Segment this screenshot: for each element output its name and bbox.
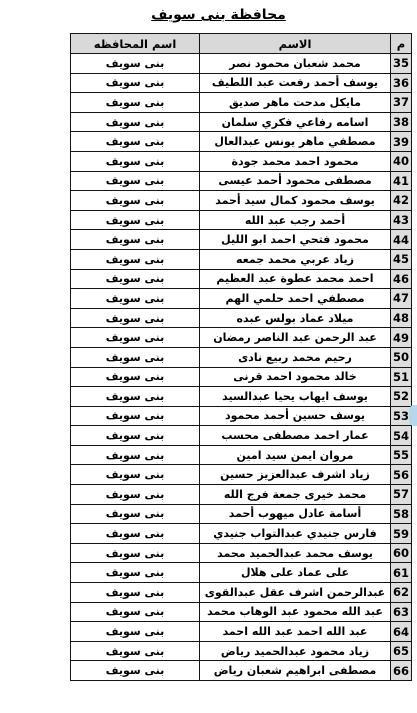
governorate-cell: بنى سويف <box>71 54 200 74</box>
name-cell: ميلاد عماد بولس عبده <box>200 308 391 328</box>
name-cell: عبد الله احمد عبد الله احمد <box>200 622 391 642</box>
governorate-cell: بنى سويف <box>71 73 200 93</box>
governorate-cell: بنى سويف <box>71 367 200 387</box>
governorate-cell: بنى سويف <box>71 93 200 113</box>
governorate-cell: بنى سويف <box>71 563 200 583</box>
table-row: 52يوسف ايهاب يحيا عبدالسيدبنى سويف <box>71 387 412 407</box>
row-number-cell: 63 <box>391 602 412 622</box>
table-row: 65زياد محمود عبدالحميد رياضبنى سويف <box>71 641 412 661</box>
page-title: محافظة بنى سويف <box>0 7 417 23</box>
name-cell: زياد اشرف عبدالعزيز حسين <box>200 465 391 485</box>
table-row: 45زياد عربي محمد جمعهبنى سويف <box>71 249 412 269</box>
row-number-cell: 46 <box>391 269 412 289</box>
governorate-cell: بنى سويف <box>71 289 200 309</box>
name-cell: زياد محمود عبدالحميد رياض <box>200 641 391 661</box>
name-cell: مصطفي احمد حلمي الهم <box>200 289 391 309</box>
name-cell: مصطفى ابراهيم شعبان رياض <box>200 661 391 681</box>
row-number-cell: 41 <box>391 171 412 191</box>
name-cell: أسامة عادل ميهوب أحمد <box>200 504 391 524</box>
row-number-cell: 58 <box>391 504 412 524</box>
name-cell: يوسف أحمد رفعت عبد اللطيف <box>200 73 391 93</box>
table-row: 38اسامه رفاعي فكري سلمانبنى سويف <box>71 112 412 132</box>
governorate-cell: بنى سويف <box>71 445 200 465</box>
name-cell: محمود احمد محمد جودة <box>200 151 391 171</box>
row-number-cell: 50 <box>391 347 412 367</box>
table-row: 46احمد محمد عطوة عبد العظيمبنى سويف <box>71 269 412 289</box>
row-number-cell: 49 <box>391 328 412 348</box>
governorate-cell: بنى سويف <box>71 426 200 446</box>
table-row: 43أحمد رجب عبد اللهبنى سويف <box>71 210 412 230</box>
row-number-cell: 61 <box>391 563 412 583</box>
name-cell: اسامه رفاعي فكري سلمان <box>200 112 391 132</box>
governorate-cell: بنى سويف <box>71 132 200 152</box>
row-number-cell: 51 <box>391 367 412 387</box>
name-cell: مروان ايمن سيد امين <box>200 445 391 465</box>
governorate-cell: بنى سويف <box>71 641 200 661</box>
name-cell: محمد شعبان محمود نصر <box>200 54 391 74</box>
name-cell: على عماد على هلال <box>200 563 391 583</box>
row-number-cell: 60 <box>391 543 412 563</box>
name-cell: أحمد رجب عبد الله <box>200 210 391 230</box>
name-cell: يوسف حسين أحمد محمود <box>200 406 391 426</box>
governorate-cell: بنى سويف <box>71 485 200 505</box>
row-number-cell: 57 <box>391 485 412 505</box>
governorate-cell: بنى سويف <box>71 406 200 426</box>
governorate-cell: بنى سويف <box>71 112 200 132</box>
row-number-cell: 62 <box>391 583 412 603</box>
name-cell: محمود فتحي احمد ابو الليل <box>200 230 391 250</box>
name-cell: عبد الله محمود عبد الوهاب محمد <box>200 602 391 622</box>
governorate-cell: بنى سويف <box>71 504 200 524</box>
row-number-cell: 43 <box>391 210 412 230</box>
table-row: 56زياد اشرف عبدالعزيز حسينبنى سويف <box>71 465 412 485</box>
row-number-cell: 55 <box>391 445 412 465</box>
name-cell: فارس جنيدي عبدالتواب جنيدي <box>200 524 391 544</box>
governorate-cell: بنى سويف <box>71 210 200 230</box>
governorate-cell: بنى سويف <box>71 151 200 171</box>
table-row: 39مصطفي ماهر يونس عبدالعالبنى سويف <box>71 132 412 152</box>
row-number-cell: 54 <box>391 426 412 446</box>
row-number-cell: 56 <box>391 465 412 485</box>
governorate-cell: بنى سويف <box>71 328 200 348</box>
row-number-cell: 37 <box>391 93 412 113</box>
table-row: 59فارس جنيدي عبدالتواب جنيديبنى سويف <box>71 524 412 544</box>
scroll-indicator[interactable] <box>409 405 417 426</box>
name-cell: مايكل مدحت ماهر صديق <box>200 93 391 113</box>
row-number-cell: 64 <box>391 622 412 642</box>
row-number-cell: 47 <box>391 289 412 309</box>
row-number-cell: 40 <box>391 151 412 171</box>
name-cell: مصطفى محمود أحمد عيسى <box>200 171 391 191</box>
table-row: 60يوسف محمد عبدالحميد محمدبنى سويف <box>71 543 412 563</box>
governorate-cell: بنى سويف <box>71 524 200 544</box>
name-cell: عمار احمد مصطفى محسب <box>200 426 391 446</box>
name-cell: عبد الرحمن عبد الناصر رمضان <box>200 328 391 348</box>
table-row: 35محمد شعبان محمود نصربنى سويف <box>71 54 412 74</box>
table-header: م الاسم اسم المحافظه <box>71 34 412 54</box>
row-number-cell: 65 <box>391 641 412 661</box>
table-row: 62عبدالرحمن اشرف عقل عبدالقوىبنى سويف <box>71 583 412 603</box>
governorate-roster-table: م الاسم اسم المحافظه 35محمد شعبان محمود … <box>70 33 412 681</box>
table-row: 64عبد الله احمد عبد الله احمدبنى سويف <box>71 622 412 642</box>
name-cell: رحيم محمد ربيع نادى <box>200 347 391 367</box>
row-number-cell: 38 <box>391 112 412 132</box>
governorate-cell: بنى سويف <box>71 387 200 407</box>
governorate-cell: بنى سويف <box>71 622 200 642</box>
table-row: 61على عماد على هلالبنى سويف <box>71 563 412 583</box>
table-row: 48ميلاد عماد بولس عبدهبنى سويف <box>71 308 412 328</box>
governorate-cell: بنى سويف <box>71 230 200 250</box>
table-row: 49عبد الرحمن عبد الناصر رمضانبنى سويف <box>71 328 412 348</box>
row-number-cell: 48 <box>391 308 412 328</box>
table-row: 42يوسف محمود كمال سيد أحمدبنى سويف <box>71 191 412 211</box>
governorate-cell: بنى سويف <box>71 543 200 563</box>
table-row: 54عمار احمد مصطفى محسببنى سويف <box>71 426 412 446</box>
governorate-cell: بنى سويف <box>71 602 200 622</box>
governorate-cell: بنى سويف <box>71 171 200 191</box>
row-number-cell: 59 <box>391 524 412 544</box>
governorate-cell: بنى سويف <box>71 661 200 681</box>
table-row: 58أسامة عادل ميهوب أحمدبنى سويف <box>71 504 412 524</box>
name-cell: محمد خيرى جمعة فرج الله <box>200 485 391 505</box>
column-header-name: الاسم <box>200 34 391 54</box>
name-cell: خالد محمود احمد قرنى <box>200 367 391 387</box>
governorate-cell: بنى سويف <box>71 583 200 603</box>
table-row: 50رحيم محمد ربيع نادىبنى سويف <box>71 347 412 367</box>
table-row: 63عبد الله محمود عبد الوهاب محمدبنى سويف <box>71 602 412 622</box>
document-page: { "page": { "title": "محافظة بنى سويف" }… <box>0 0 417 713</box>
row-number-cell: 45 <box>391 249 412 269</box>
table-row: 53يوسف حسين أحمد محمودبنى سويف <box>71 406 412 426</box>
row-number-cell: 44 <box>391 230 412 250</box>
table-row: 41مصطفى محمود أحمد عيسىبنى سويف <box>71 171 412 191</box>
name-cell: مصطفي ماهر يونس عبدالعال <box>200 132 391 152</box>
table-row: 47مصطفي احمد حلمي الهمبنى سويف <box>71 289 412 309</box>
governorate-cell: بنى سويف <box>71 465 200 485</box>
row-number-cell: 39 <box>391 132 412 152</box>
name-cell: عبدالرحمن اشرف عقل عبدالقوى <box>200 583 391 603</box>
name-cell: زياد عربي محمد جمعه <box>200 249 391 269</box>
row-number-cell: 35 <box>391 54 412 74</box>
name-cell: يوسف محمد عبدالحميد محمد <box>200 543 391 563</box>
table-row: 36يوسف أحمد رفعت عبد اللطيفبنى سويف <box>71 73 412 93</box>
table-row: 57محمد خيرى جمعة فرج اللهبنى سويف <box>71 485 412 505</box>
table-row: 37مايكل مدحت ماهر صديقبنى سويف <box>71 93 412 113</box>
name-cell: احمد محمد عطوة عبد العظيم <box>200 269 391 289</box>
column-header-number: م <box>391 34 412 54</box>
governorate-cell: بنى سويف <box>71 191 200 211</box>
name-cell: يوسف محمود كمال سيد أحمد <box>200 191 391 211</box>
governorate-cell: بنى سويف <box>71 308 200 328</box>
table-row: 51خالد محمود احمد قرنىبنى سويف <box>71 367 412 387</box>
table-row: 44محمود فتحي احمد ابو الليلبنى سويف <box>71 230 412 250</box>
governorate-cell: بنى سويف <box>71 269 200 289</box>
table-header-row: م الاسم اسم المحافظه <box>71 34 412 54</box>
table-row: 66مصطفى ابراهيم شعبان رياضبنى سويف <box>71 661 412 681</box>
table-row: 40محمود احمد محمد جودةبنى سويف <box>71 151 412 171</box>
table-body: 35محمد شعبان محمود نصربنى سويف36يوسف أحم… <box>71 54 412 681</box>
row-number-cell: 66 <box>391 661 412 681</box>
column-header-governorate: اسم المحافظه <box>71 34 200 54</box>
name-cell: يوسف ايهاب يحيا عبدالسيد <box>200 387 391 407</box>
row-number-cell: 42 <box>391 191 412 211</box>
governorate-cell: بنى سويف <box>71 249 200 269</box>
table-row: 55مروان ايمن سيد امينبنى سويف <box>71 445 412 465</box>
row-number-cell: 52 <box>391 387 412 407</box>
governorate-cell: بنى سويف <box>71 347 200 367</box>
row-number-cell: 36 <box>391 73 412 93</box>
